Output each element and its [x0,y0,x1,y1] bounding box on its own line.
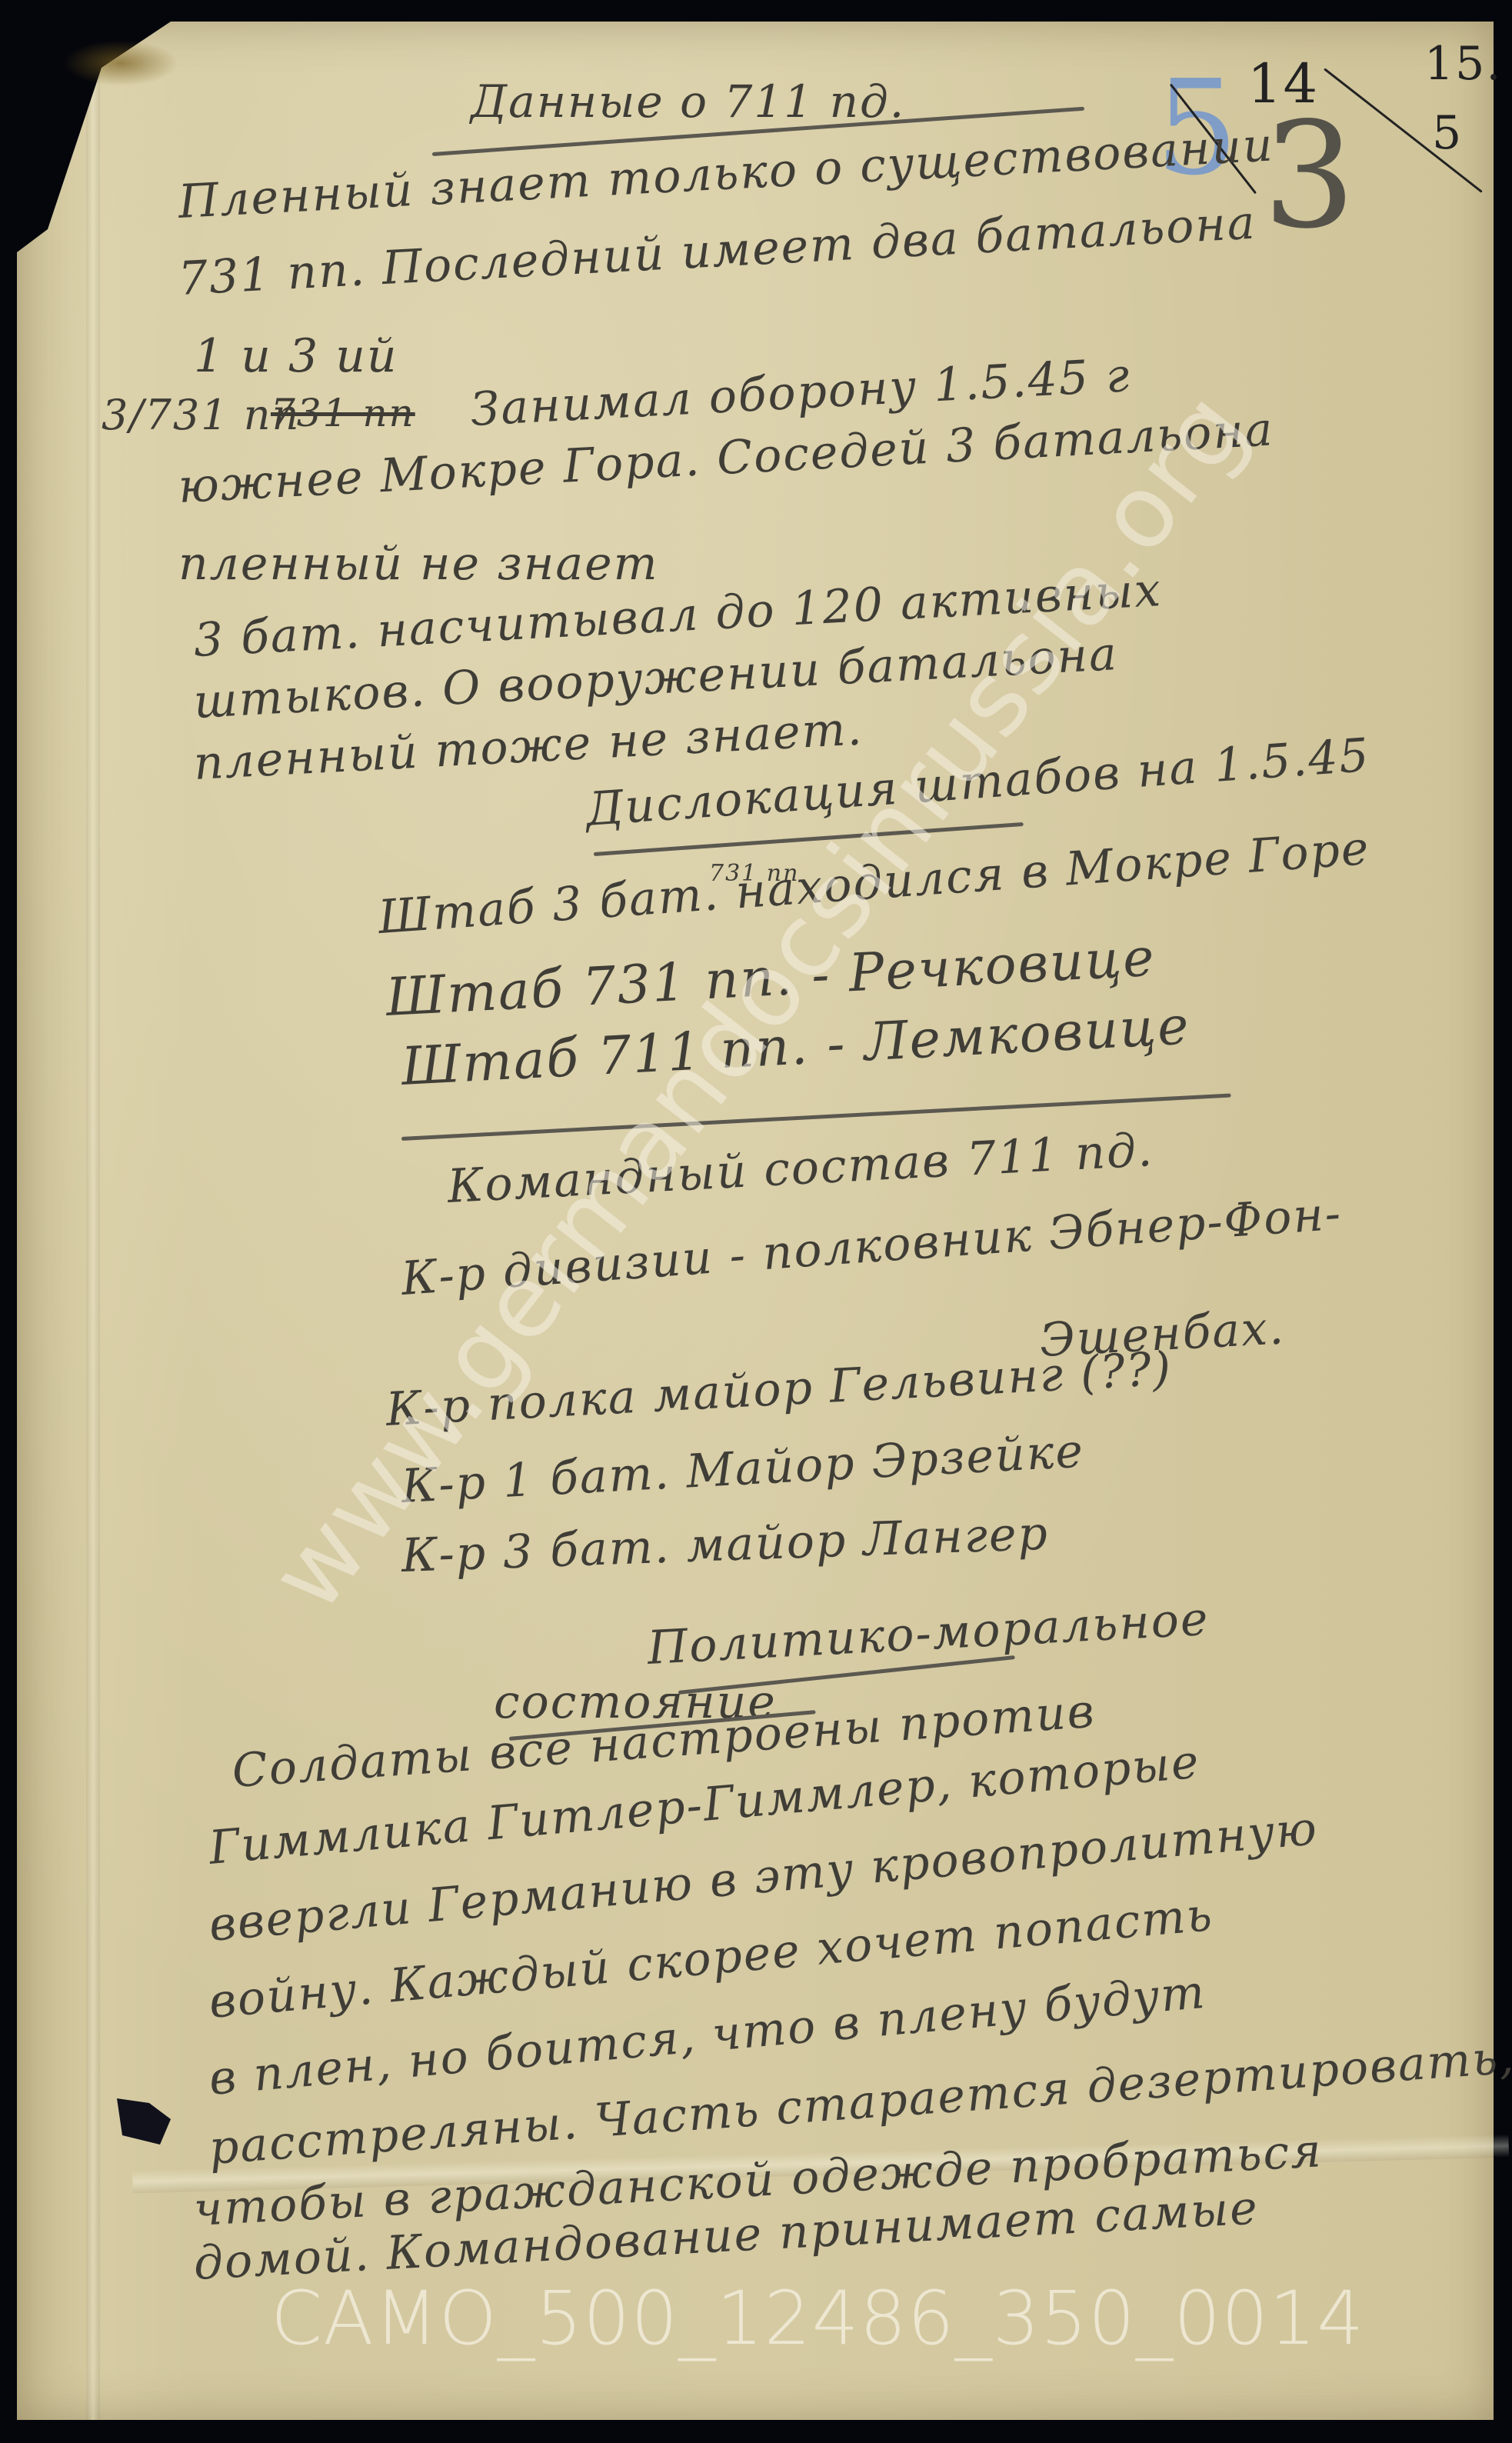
text-line: К-р 3 бат. майор Лангер [401,1507,1050,1583]
fraction-top: 15. [1424,37,1502,91]
corner-stain [63,40,178,86]
archive-id-watermark: CAMO_500_12486_350_0014 [271,2275,1364,2361]
text-line: 1 и 3 ий [194,329,398,383]
document-paper: 5 14 15. 5 3 Данные о 711 пд. Пленный зн… [17,22,1494,2420]
document-title: Данные о 711 пд. [471,75,905,128]
pencil-large-number: 3 [1263,91,1357,261]
text-line: К-р 1 бат. Майор Эрзейке [400,1425,1085,1514]
section-heading-morale: Политико-моральное [646,1592,1211,1675]
text-line: пленный не знает [178,537,659,591]
fraction-bottom: 5 [1432,106,1463,160]
binding-clip-mark [117,2098,171,2145]
struck-text: 731 пп [271,391,415,435]
